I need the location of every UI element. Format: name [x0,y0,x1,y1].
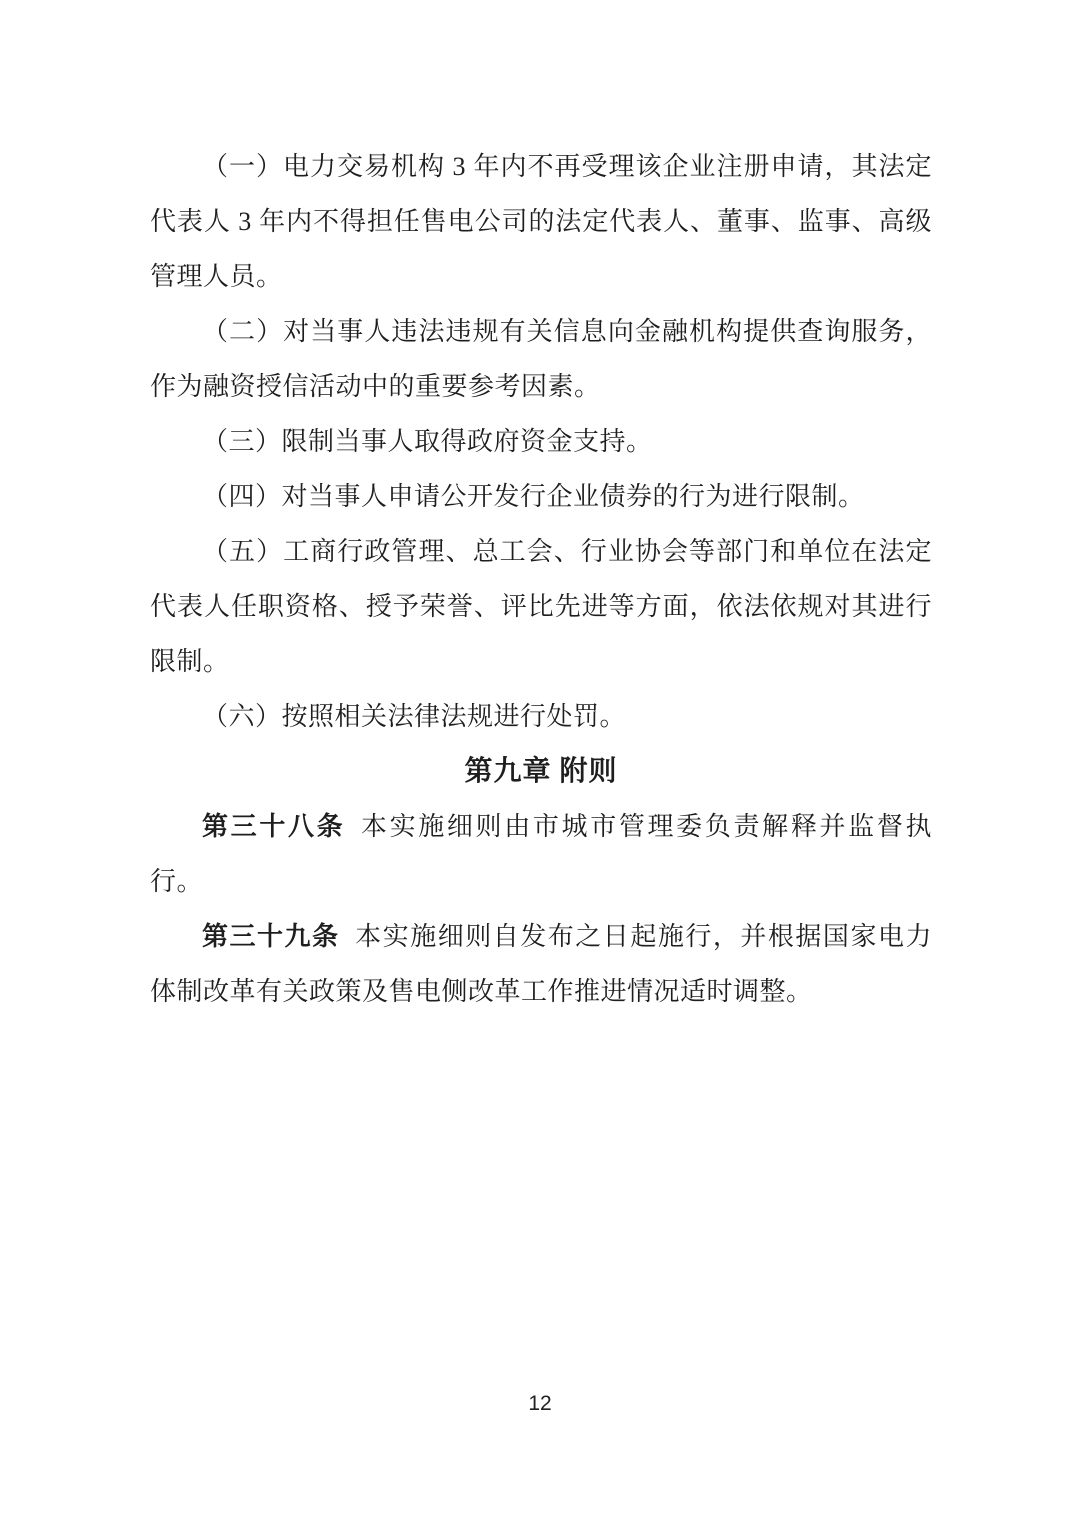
list-item-5: （五）工商行政管理、总工会、行业协会等部门和单位在法定代表人任职资格、授予荣誉、… [150,524,932,689]
article-39-number: 第三十九条 [202,922,340,951]
chapter-heading: 第九章 附则 [150,744,932,799]
list-item-4: （四）对当事人申请公开发行企业债券的行为进行限制。 [150,469,932,524]
list-item-1: （一）电力交易机构 3 年内不再受理该企业注册申请，其法定代表人 3 年内不得担… [150,139,932,304]
article-38: 第三十八条本实施细则由市城市管理委负责解释并监督执行。 [150,799,932,909]
article-38-number: 第三十八条 [202,812,345,841]
article-39: 第三十九条本实施细则自发布之日起施行，并根据国家电力体制改革有关政策及售电侧改革… [150,909,932,1019]
list-item-6: （六）按照相关法律法规进行处罚。 [150,689,932,744]
document-body: （一）电力交易机构 3 年内不再受理该企业注册申请，其法定代表人 3 年内不得担… [150,139,932,1019]
document-page: （一）电力交易机构 3 年内不再受理该企业注册申请，其法定代表人 3 年内不得担… [0,0,1080,1526]
page-number: 12 [0,1392,1080,1416]
list-item-3: （三）限制当事人取得政府资金支持。 [150,414,932,469]
list-item-2: （二）对当事人违法违规有关信息向金融机构提供查询服务，作为融资授信活动中的重要参… [150,304,932,414]
